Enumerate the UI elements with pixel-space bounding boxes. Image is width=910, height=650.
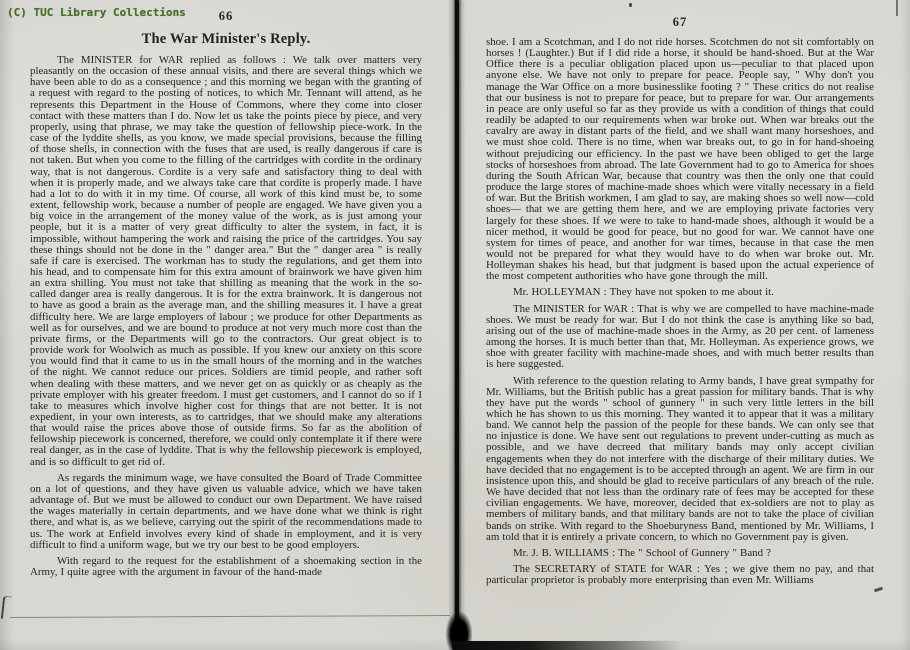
paragraph: Mr. HOLLEYMAN : They have not spoken to …	[486, 287, 874, 298]
right-page-text: shoe. I am a Scotchman, and I do not rid…	[486, 37, 874, 586]
paragraph: shoe. I am a Scotchman, and I do not rid…	[486, 37, 874, 282]
left-page: 66 The War Minister's Reply. The MINISTE…	[0, 0, 452, 650]
scan-artifact-dot	[629, 3, 632, 7]
library-watermark: (C) TUC Library Collections	[7, 6, 186, 19]
paragraph: With reference to the question relating …	[486, 376, 874, 543]
book-gutter-line	[455, 0, 459, 650]
section-title: The War Minister's Reply.	[30, 31, 422, 48]
scanned-book-spread: { "watermark": "(C) TUC Library Collecti…	[0, 0, 910, 650]
paragraph: The MINISTER for WAR : That is why we ar…	[486, 304, 874, 371]
scan-artifact-bottom-streak	[452, 641, 682, 650]
paragraph: The SECRETARY of STATE for WAR : Yes ; w…	[486, 564, 874, 586]
paragraph: Mr. J. B. WILLIAMS : The " School of Gun…	[486, 548, 874, 559]
page-number-right: 67	[486, 15, 874, 30]
left-page-text: The MINISTER for WAR replied as follows …	[30, 55, 422, 578]
paragraph: The MINISTER for WAR replied as follows …	[30, 55, 422, 468]
paragraph: As regards the minimum wage, we have con…	[30, 473, 422, 551]
scan-artifact-right-edge	[896, 0, 898, 16]
right-page: 67 shoe. I am a Scotchman, and I do not …	[462, 0, 910, 650]
paragraph: With regard to the request for the estab…	[30, 556, 422, 578]
